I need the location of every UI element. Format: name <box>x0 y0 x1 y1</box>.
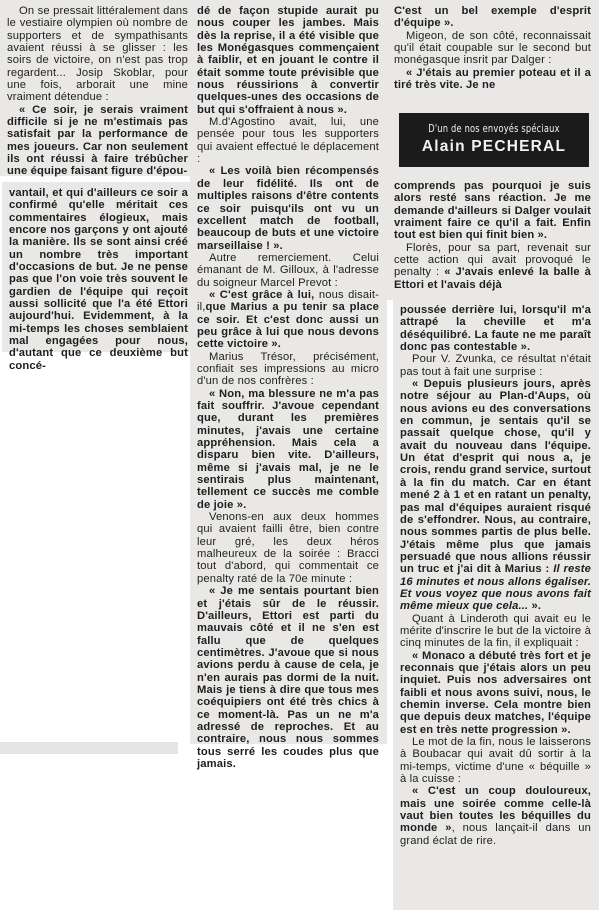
article-paragraph: Pour V. Zvunka, ce résultat n'était pas … <box>400 353 591 378</box>
article-paragraph: « Monaco a débuté très fort et je reconn… <box>400 650 591 736</box>
article-paragraph: « C'est un coup douloureux, mais une soi… <box>400 785 591 847</box>
article-paragraph: « Depuis plusieurs jours, après notre sé… <box>400 378 591 613</box>
article-paragraph: « Non, ma blessure ne m'a pas fait souff… <box>197 388 379 511</box>
column-1-top: On se pressait littéralement dans le ves… <box>0 0 196 176</box>
column-2: dé de façon stupide aurait pu nous coupe… <box>190 0 387 744</box>
byline-subtitle: D'un de nos envoyés spéciaux <box>410 123 577 135</box>
bold-quote: « C'est grâce à lui, <box>209 289 319 301</box>
article-paragraph: « J'étais au premier poteau et il a tiré… <box>394 67 591 92</box>
bold-quote: « Depuis plusieurs jours, après notre sé… <box>400 378 591 575</box>
article-paragraph: On se pressait littéralement dans le ves… <box>7 5 188 104</box>
article-paragraph: Marius Trésor, précisément, confiait ses… <box>197 351 379 388</box>
article-paragraph: Venons-en aux deux hommes qui avaient fa… <box>197 511 379 585</box>
article-paragraph: poussée derrière lui, lorsqu'il m'a attr… <box>400 304 591 353</box>
bold-quote: que Marius a pu tenir sa place ce soir. … <box>197 301 379 350</box>
paper-strip <box>0 742 178 754</box>
article-paragraph: Migeon, de son côté, reconnaissait qu'il… <box>394 30 591 67</box>
byline-author: Alain PECHERAL <box>399 138 589 156</box>
article-paragraph: M.d'Agostino avait, lui, une pensée pour… <box>197 116 379 165</box>
bold-quote: ». <box>532 600 542 612</box>
column-3-bottom: poussée derrière lui, lorsqu'il m'a attr… <box>393 299 599 910</box>
article-paragraph: Quant à Linderoth qui avait eu le mérite… <box>400 613 591 650</box>
article-paragraph: dé de façon stupide aurait pu nous coupe… <box>197 5 379 116</box>
column-1-bottom: vantail, et qui d'ailleurs ce soir a con… <box>2 182 196 352</box>
byline-box: D'un de nos envoyés spéciaux Alain PECHE… <box>399 113 589 167</box>
article-paragraph: « Ce soir, je serais vraiment difficile … <box>7 104 188 178</box>
column-3-middle: comprends pas pourquoi je suis alors res… <box>387 176 599 300</box>
article-paragraph: « Je me sentais pourtant bien et j'étais… <box>197 585 379 770</box>
article-paragraph: « C'est grâce à lui, nous disait-il,que … <box>197 289 379 351</box>
article-paragraph: vantail, et qui d'ailleurs ce soir a con… <box>9 187 188 372</box>
article-paragraph: C'est un bel exemple d'esprit d'équipe »… <box>394 5 591 30</box>
article-paragraph: Le mot de la fin, nous le laisserons à B… <box>400 736 591 785</box>
article-paragraph: « Les voilà bien récompensés de leur fid… <box>197 165 379 251</box>
article-paragraph: comprends pas pourquoi je suis alors res… <box>394 180 591 242</box>
article-paragraph: Florès, pour sa part, revenait sur cette… <box>394 242 591 291</box>
article-paragraph: Autre remerciement. Celui émanant de M. … <box>197 252 379 289</box>
